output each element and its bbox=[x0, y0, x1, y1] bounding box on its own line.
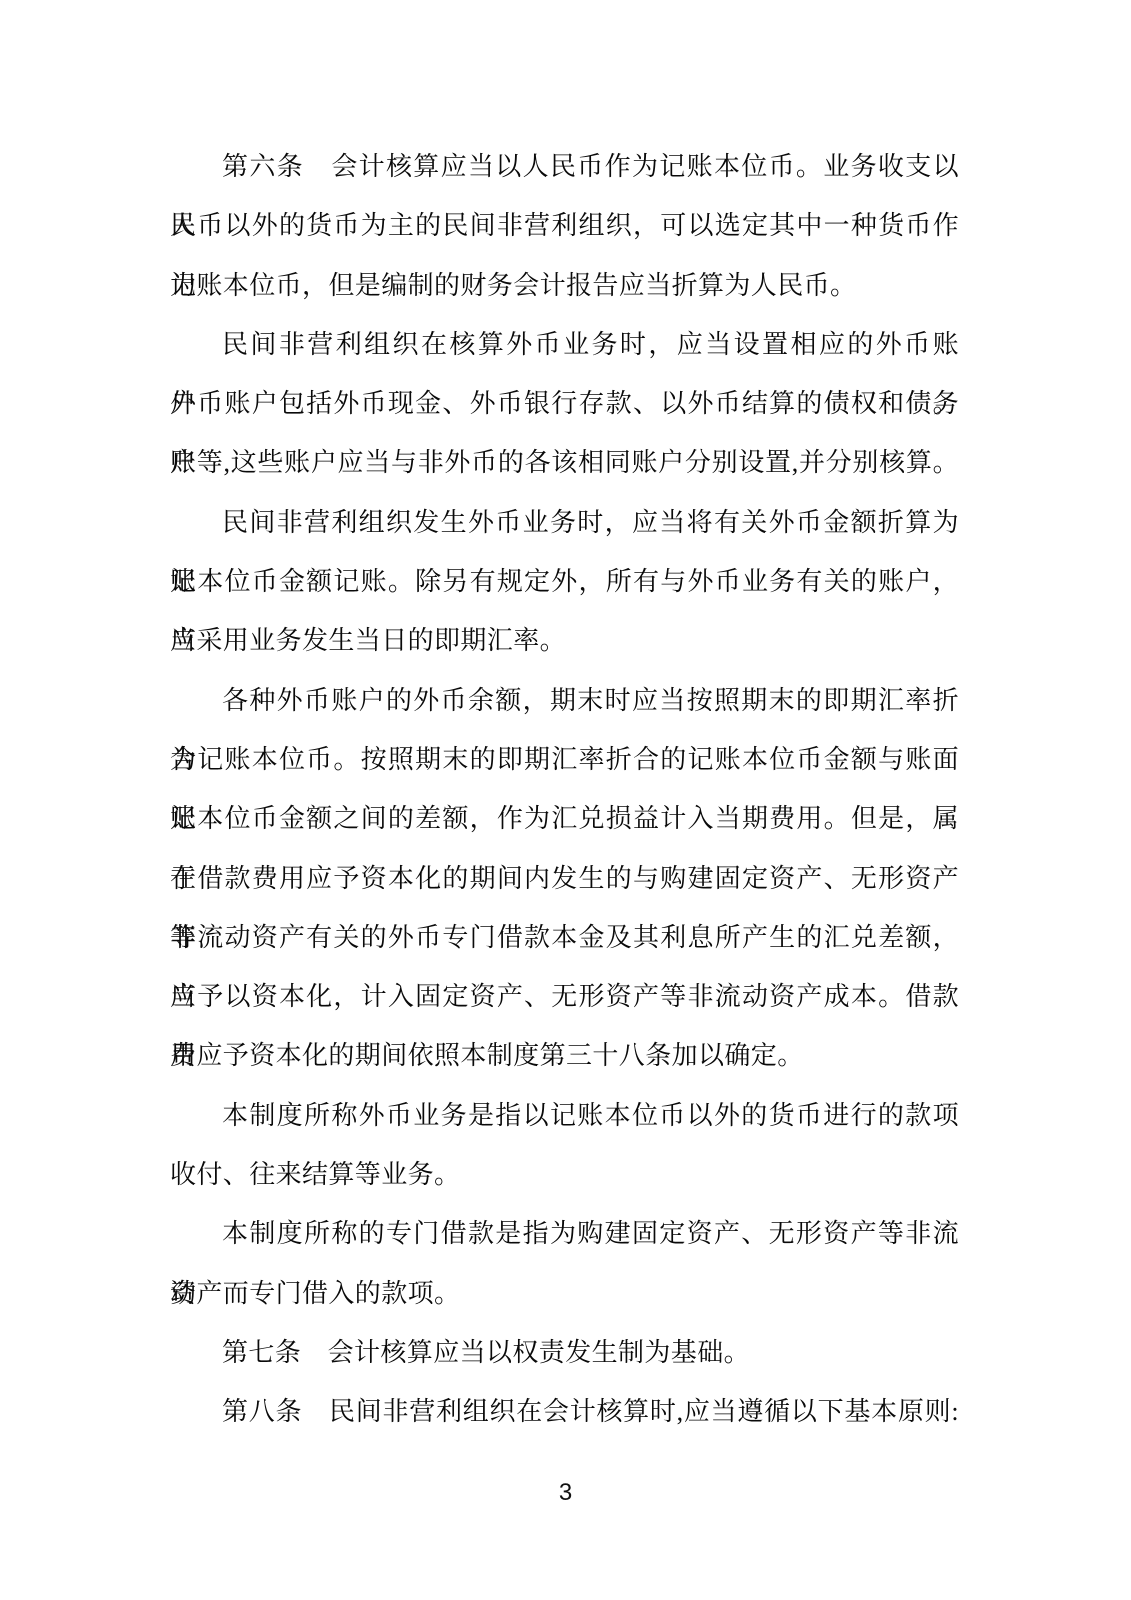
text-line: 为记账本位币。按照期末的即期汇率折合的记账本位币金额与账面记 bbox=[170, 730, 959, 789]
text-line: 资产而专门借入的款项。 bbox=[170, 1264, 959, 1323]
text-line: 本制度所称外币业务是指以记账本位币以外的货币进行的款项 bbox=[170, 1086, 959, 1145]
text-line: 第七条 会计核算应当以权责发生制为基础。 bbox=[170, 1323, 959, 1382]
text-line: 非流动资产有关的外币专门借款本金及其利息所产生的汇兑差额，应 bbox=[170, 908, 959, 967]
text-line: 用应予资本化的期间依照本制度第三十八条加以确定。 bbox=[170, 1026, 959, 1085]
text-line: 各种外币账户的外币余额，期末时应当按照期末的即期汇率折合 bbox=[170, 671, 959, 730]
page-number: 3 bbox=[0, 1478, 1131, 1508]
text-line: 账本位币金额记账。除另有规定外，所有与外币业务有关的账户，应 bbox=[170, 552, 959, 611]
text-line: 账本位币金额之间的差额，作为汇兑损益计入当期费用。但是，属于 bbox=[170, 789, 959, 848]
text-line: 第八条 民间非营利组织在会计核算时,应当遵循以下基本原则: bbox=[170, 1382, 959, 1441]
text-line: 当予以资本化，计入固定资产、无形资产等非流动资产成本。借款费 bbox=[170, 967, 959, 1026]
text-line: 当采用业务发生当日的即期汇率。 bbox=[170, 611, 959, 670]
text-line: 民间非营利组织在核算外币业务时，应当设置相应的外币账户。 bbox=[170, 315, 959, 374]
text-line: 记账本位币，但是编制的财务会计报告应当折算为人民币。 bbox=[170, 256, 959, 315]
text-line: 外币账户包括外币现金、外币银行存款、以外币结算的债权和债务账 bbox=[170, 374, 959, 433]
text-line: 在借款费用应予资本化的期间内发生的与购建固定资产、无形资产等 bbox=[170, 849, 959, 908]
text-line: 民币以外的货币为主的民间非营利组织，可以选定其中一种货币作为 bbox=[170, 196, 959, 255]
document-page: 第六条 会计核算应当以人民币作为记账本位币。业务收支以人 民币以外的货币为主的民… bbox=[0, 0, 1131, 1600]
document-body: 第六条 会计核算应当以人民币作为记账本位币。业务收支以人 民币以外的货币为主的民… bbox=[170, 137, 959, 1442]
text-line: 户等,这些账户应当与非外币的各该相同账户分别设置,并分别核算。 bbox=[170, 433, 959, 492]
text-line: 第六条 会计核算应当以人民币作为记账本位币。业务收支以人 bbox=[170, 137, 959, 196]
text-line: 民间非营利组织发生外币业务时，应当将有关外币金额折算为记 bbox=[170, 493, 959, 552]
text-line: 收付、往来结算等业务。 bbox=[170, 1145, 959, 1204]
text-line: 本制度所称的专门借款是指为购建固定资产、无形资产等非流动 bbox=[170, 1204, 959, 1263]
